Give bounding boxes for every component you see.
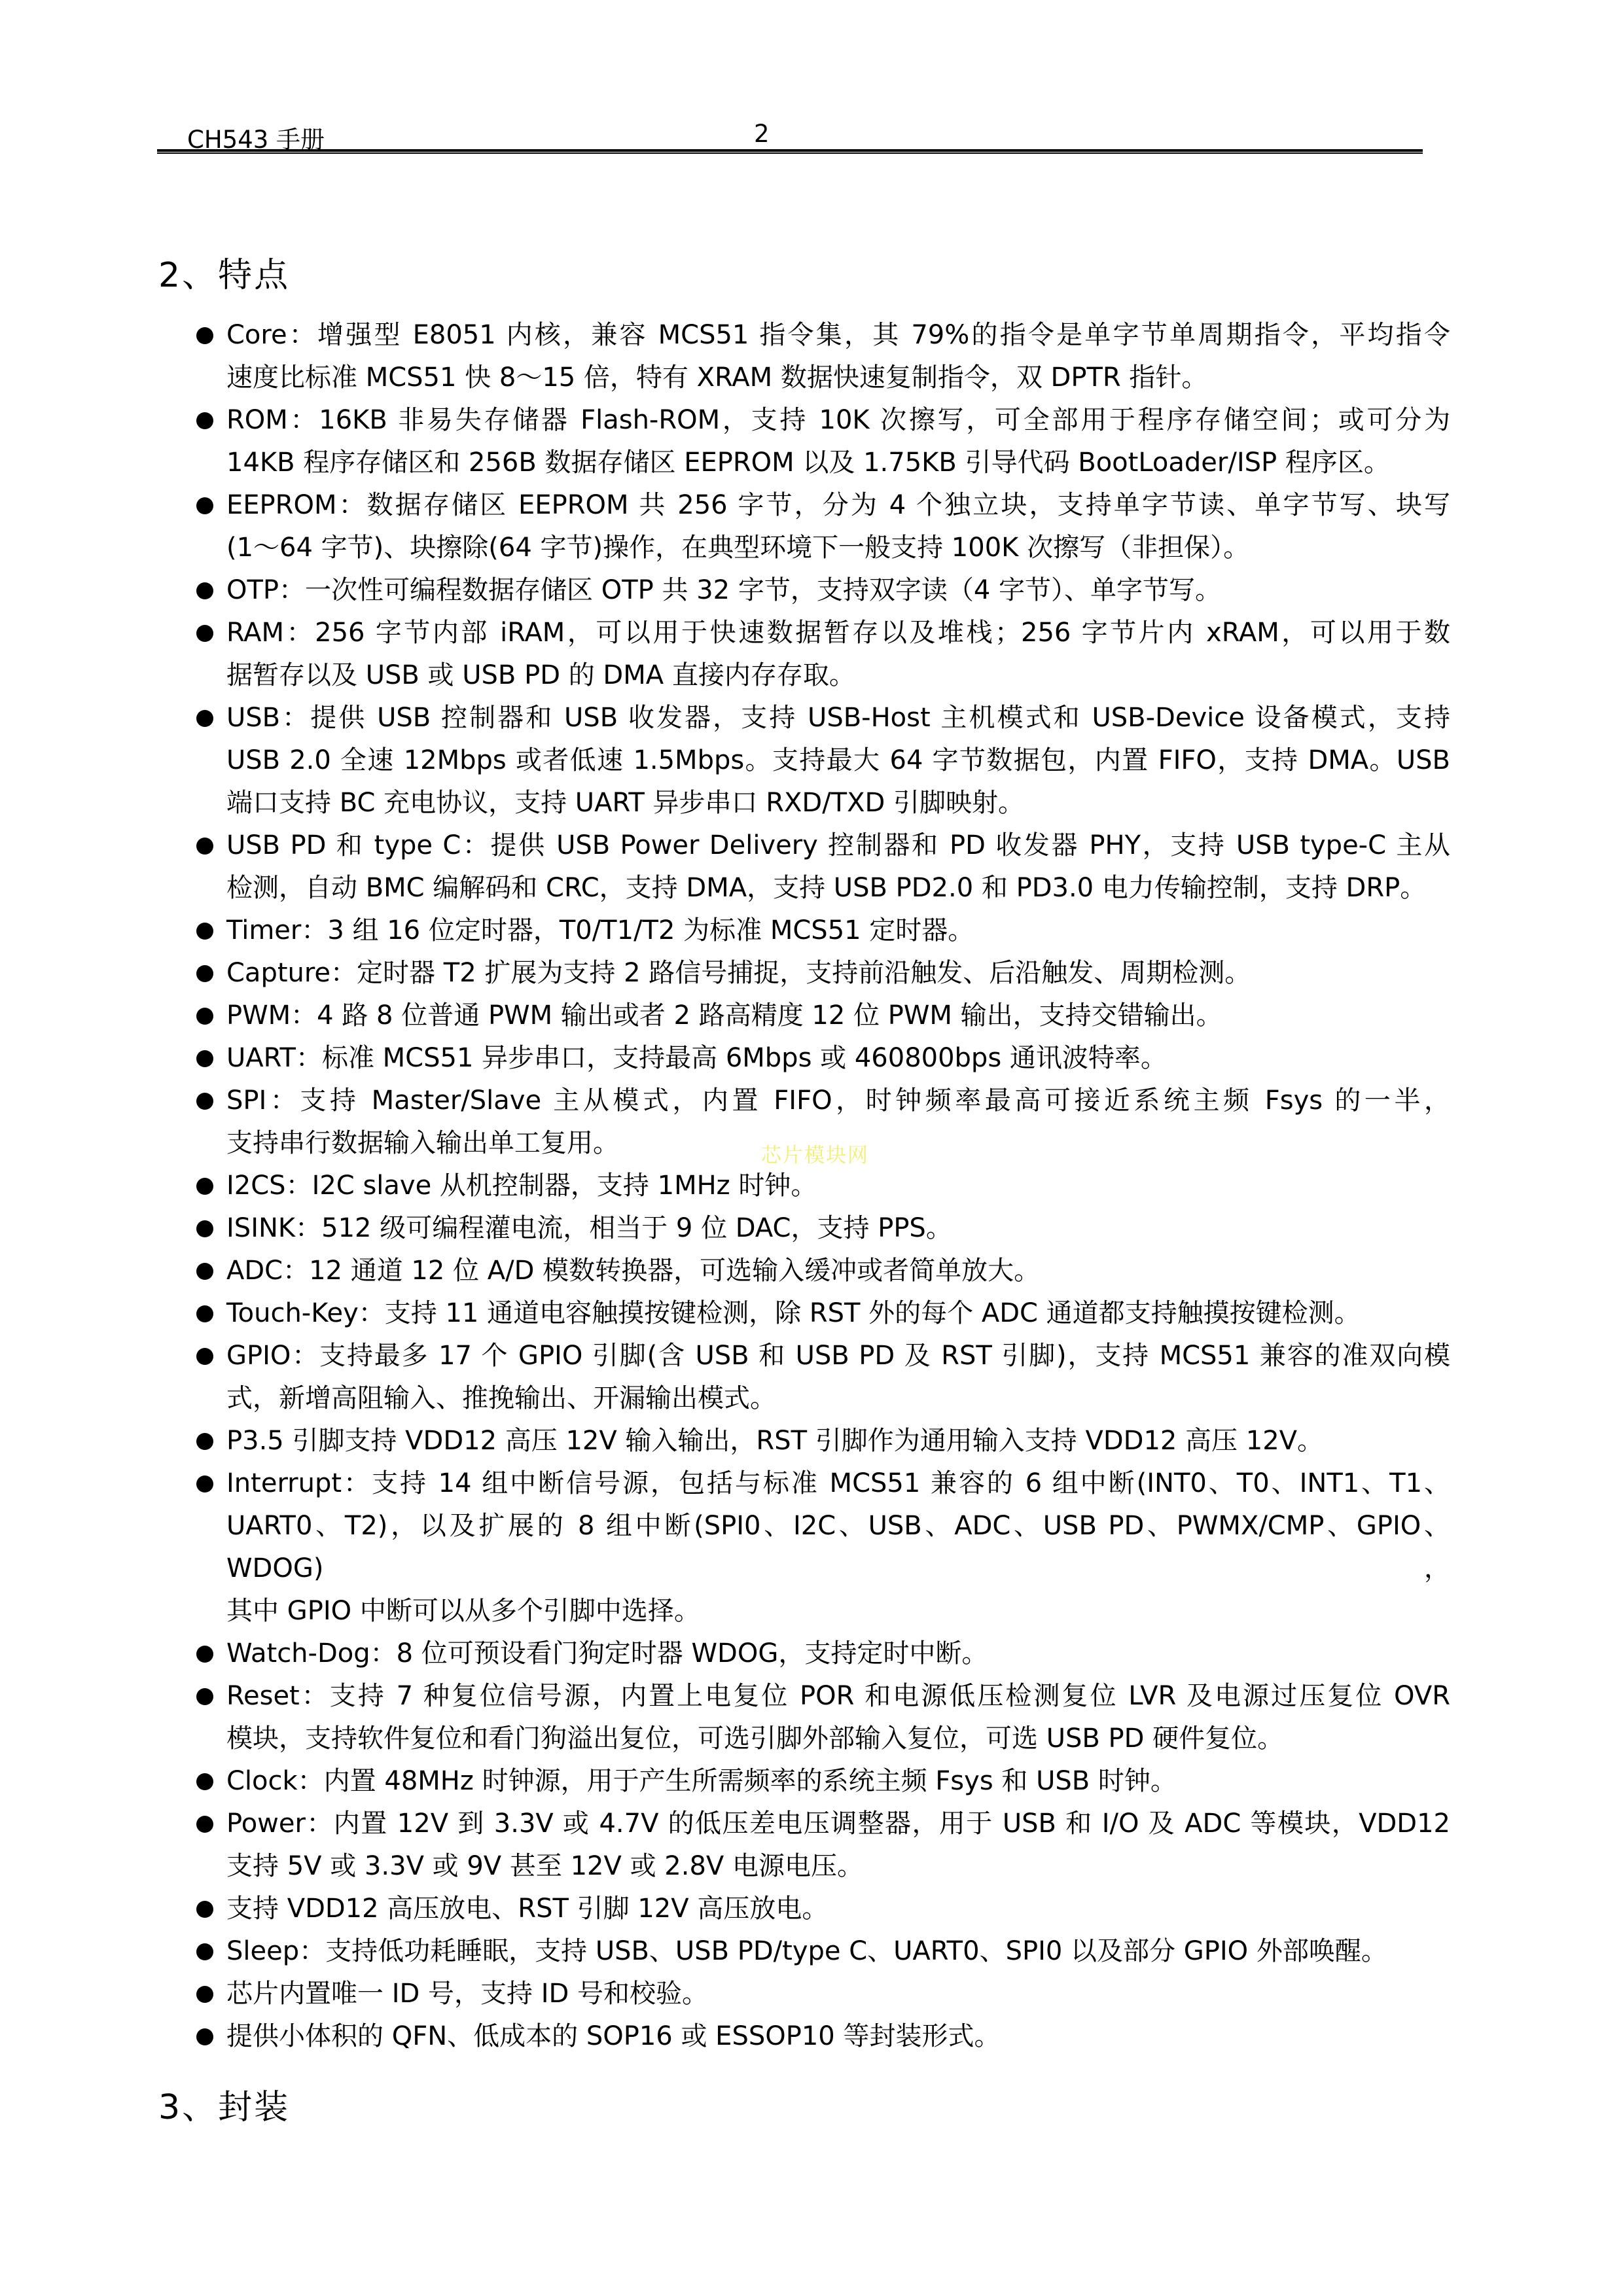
- feature-line: UART：标准 MCS51 异步串口，支持最高 6Mbps 或 460800bp…: [226, 1037, 1450, 1080]
- feature-line: UART0、T2)，以及扩展的 8 组中断(SPI0、I2C、USB、ADC、U…: [226, 1505, 1450, 1590]
- bullet-icon: [196, 1305, 213, 1322]
- feature-text: Touch-Key：支持 11 通道电容触摸按键检测，除 RST 外的每个 AD…: [226, 1292, 1450, 1335]
- package-section-heading: 3、封装: [158, 2079, 290, 2128]
- bullet-icon: [196, 1433, 213, 1450]
- feature-text: ROM：16KB 非易失存储器 Flash-ROM，支持 10K 次擦写，可全部…: [226, 399, 1450, 484]
- feature-text: USB：提供 USB 控制器和 USB 收发器，支持 USB-Host 主机模式…: [226, 697, 1450, 824]
- feature-text: Capture：定时器 T2 扩展为支持 2 路信号捕捉，支持前沿触发、后沿触发…: [226, 952, 1450, 995]
- bullet-icon: [196, 1816, 213, 1833]
- feature-text: Core：增强型 E8051 内核，兼容 MCS51 指令集，其 79%的指令是…: [226, 314, 1450, 399]
- feature-text: Clock：内置 48MHz 时钟源，用于产生所需频率的系统主频 Fsys 和 …: [226, 1760, 1450, 1803]
- feature-item: Watch-Dog：8 位可预设看门狗定时器 WDOG，支持定时中断。: [196, 1633, 1450, 1675]
- bullet-icon: [196, 965, 213, 982]
- bullet-icon: [196, 1688, 213, 1705]
- feature-line: OTP：一次性可编程数据存储区 OTP 共 32 字节，支持双字读（4 字节）、…: [226, 569, 1450, 612]
- feature-line: 其中 GPIO 中断可以从多个引脚中选择。: [226, 1590, 1450, 1633]
- feature-text: I2CS：I2C slave 从机控制器，支持 1MHz 时钟。: [226, 1165, 1450, 1207]
- feature-item: 提供小体积的 QFN、低成本的 SOP16 或 ESSOP10 等封装形式。: [196, 2015, 1450, 2058]
- feature-line: 检测，自动 BMC 编解码和 CRC，支持 DMA，支持 USB PD2.0 和…: [226, 867, 1450, 910]
- header-divider: [157, 149, 1423, 154]
- bullet-icon: [196, 838, 213, 855]
- feature-text: 支持 VDD12 高压放电、RST 引脚 12V 高压放电。: [226, 1888, 1450, 1930]
- feature-item: Touch-Key：支持 11 通道电容触摸按键检测，除 RST 外的每个 AD…: [196, 1292, 1450, 1335]
- feature-item: UART：标准 MCS51 异步串口，支持最高 6Mbps 或 460800bp…: [196, 1037, 1450, 1080]
- feature-text: UART：标准 MCS51 异步串口，支持最高 6Mbps 或 460800bp…: [226, 1037, 1450, 1080]
- feature-line: Core：增强型 E8051 内核，兼容 MCS51 指令集，其 79%的指令是…: [226, 314, 1450, 357]
- feature-item: Reset：支持 7 种复位信号源，内置上电复位 POR 和电源低压检测复位 L…: [196, 1675, 1450, 1760]
- feature-text: Reset：支持 7 种复位信号源，内置上电复位 POR 和电源低压检测复位 L…: [226, 1675, 1450, 1760]
- feature-text: Sleep：支持低功耗睡眠，支持 USB、USB PD/type C、UART0…: [226, 1930, 1450, 1973]
- feature-line: Clock：内置 48MHz 时钟源，用于产生所需频率的系统主频 Fsys 和 …: [226, 1760, 1450, 1803]
- bullet-icon: [196, 1348, 213, 1365]
- feature-line: 速度比标准 MCS51 快 8～15 倍，特有 XRAM 数据快速复制指令，双 …: [226, 357, 1450, 399]
- features-list: Core：增强型 E8051 内核，兼容 MCS51 指令集，其 79%的指令是…: [196, 314, 1450, 2058]
- feature-item: ROM：16KB 非易失存储器 Flash-ROM，支持 10K 次擦写，可全部…: [196, 399, 1450, 484]
- bullet-icon: [196, 2028, 213, 2045]
- feature-line: 14KB 程序存储区和 256B 数据存储区 EEPROM 以及 1.75KB …: [226, 442, 1450, 484]
- feature-line: SPI：支持 Master/Slave 主从模式，内置 FIFO，时钟频率最高可…: [226, 1080, 1450, 1122]
- bullet-icon: [196, 923, 213, 940]
- feature-line: 端口支持 BC 充电协议，支持 UART 异步串口 RXD/TXD 引脚映射。: [226, 782, 1450, 824]
- feature-line: 支持 VDD12 高压放电、RST 引脚 12V 高压放电。: [226, 1888, 1450, 1930]
- feature-line: Power：内置 12V 到 3.3V 或 4.7V 的低压差电压调整器，用于 …: [226, 1803, 1450, 1845]
- feature-text: 芯片内置唯一 ID 号，支持 ID 号和校验。: [226, 1973, 1450, 2015]
- feature-text: P3.5 引脚支持 VDD12 高压 12V 输入输出，RST 引脚作为通用输入…: [226, 1420, 1450, 1462]
- feature-text: Watch-Dog：8 位可预设看门狗定时器 WDOG，支持定时中断。: [226, 1633, 1450, 1675]
- feature-line: EEPROM：数据存储区 EEPROM 共 256 字节，分为 4 个独立块，支…: [226, 484, 1450, 527]
- bullet-icon: [196, 327, 213, 344]
- feature-line: Touch-Key：支持 11 通道电容触摸按键检测，除 RST 外的每个 AD…: [226, 1292, 1450, 1335]
- feature-text: OTP：一次性可编程数据存储区 OTP 共 32 字节，支持双字读（4 字节）、…: [226, 569, 1450, 612]
- feature-line: Timer：3 组 16 位定时器，T0/T1/T2 为标准 MCS51 定时器…: [226, 910, 1450, 952]
- feature-item: Interrupt：支持 14 组中断信号源，包括与标准 MCS51 兼容的 6…: [196, 1462, 1450, 1633]
- bullet-icon: [196, 1263, 213, 1280]
- bullet-icon: [196, 1008, 213, 1025]
- feature-item: USB：提供 USB 控制器和 USB 收发器，支持 USB-Host 主机模式…: [196, 697, 1450, 824]
- bullet-icon: [196, 625, 213, 642]
- feature-item: Clock：内置 48MHz 时钟源，用于产生所需频率的系统主频 Fsys 和 …: [196, 1760, 1450, 1803]
- bullet-icon: [196, 710, 213, 727]
- feature-line: RAM：256 字节内部 iRAM，可以用于快速数据暂存以及堆栈；256 字节片…: [226, 612, 1450, 654]
- feature-item: PWM：4 路 8 位普通 PWM 输出或者 2 路高精度 12 位 PWM 输…: [196, 995, 1450, 1037]
- feature-item: 芯片内置唯一 ID 号，支持 ID 号和校验。: [196, 1973, 1450, 2015]
- bullet-icon: [196, 1646, 213, 1663]
- feature-item: RAM：256 字节内部 iRAM，可以用于快速数据暂存以及堆栈；256 字节片…: [196, 612, 1450, 697]
- bullet-icon: [196, 1773, 213, 1790]
- bullet-icon: [196, 582, 213, 599]
- bullet-icon: [196, 1178, 213, 1195]
- feature-item: ISINK：512 级可编程灌电流，相当于 9 位 DAC，支持 PPS。: [196, 1207, 1450, 1250]
- feature-line: (1～64 字节)、块擦除(64 字节)操作，在典型环境下一般支持 100K 次…: [226, 527, 1450, 569]
- bullet-icon: [196, 1050, 213, 1067]
- feature-line: Capture：定时器 T2 扩展为支持 2 路信号捕捉，支持前沿触发、后沿触发…: [226, 952, 1450, 995]
- feature-line: GPIO：支持最多 17 个 GPIO 引脚(含 USB 和 USB PD 及 …: [226, 1335, 1450, 1377]
- bullet-icon: [196, 1901, 213, 1918]
- bullet-icon: [196, 1943, 213, 1960]
- features-section-heading: 2、特点: [158, 247, 290, 296]
- bullet-icon: [196, 412, 213, 429]
- feature-line: Interrupt：支持 14 组中断信号源，包括与标准 MCS51 兼容的 6…: [226, 1462, 1450, 1505]
- feature-text: EEPROM：数据存储区 EEPROM 共 256 字节，分为 4 个独立块，支…: [226, 484, 1450, 569]
- feature-item: GPIO：支持最多 17 个 GPIO 引脚(含 USB 和 USB PD 及 …: [196, 1335, 1450, 1420]
- feature-item: Core：增强型 E8051 内核，兼容 MCS51 指令集，其 79%的指令是…: [196, 314, 1450, 399]
- feature-item: USB PD 和 type C：提供 USB Power Delivery 控制…: [196, 824, 1450, 910]
- feature-text: Timer：3 组 16 位定时器，T0/T1/T2 为标准 MCS51 定时器…: [226, 910, 1450, 952]
- feature-line: USB PD 和 type C：提供 USB Power Delivery 控制…: [226, 824, 1450, 867]
- feature-line: 支持 5V 或 3.3V 或 9V 甚至 12V 或 2.8V 电源电压。: [226, 1845, 1450, 1888]
- feature-line: ADC：12 通道 12 位 A/D 模数转换器，可选输入缓冲或者简单放大。: [226, 1250, 1450, 1292]
- feature-line: 模块，支持软件复位和看门狗溢出复位，可选引脚外部输入复位，可选 USB PD 硬…: [226, 1718, 1450, 1760]
- feature-line: USB：提供 USB 控制器和 USB 收发器，支持 USB-Host 主机模式…: [226, 697, 1450, 739]
- feature-line: 式，新增高阻输入、推挽输出、开漏输出模式。: [226, 1377, 1450, 1420]
- feature-item: ADC：12 通道 12 位 A/D 模数转换器，可选输入缓冲或者简单放大。: [196, 1250, 1450, 1292]
- feature-line: Sleep：支持低功耗睡眠，支持 USB、USB PD/type C、UART0…: [226, 1930, 1450, 1973]
- feature-item: Sleep：支持低功耗睡眠，支持 USB、USB PD/type C、UART0…: [196, 1930, 1450, 1973]
- feature-text: ADC：12 通道 12 位 A/D 模数转换器，可选输入缓冲或者简单放大。: [226, 1250, 1450, 1292]
- feature-text: ISINK：512 级可编程灌电流，相当于 9 位 DAC，支持 PPS。: [226, 1207, 1450, 1250]
- feature-item: Timer：3 组 16 位定时器，T0/T1/T2 为标准 MCS51 定时器…: [196, 910, 1450, 952]
- page-number: 2: [754, 120, 770, 148]
- feature-item: EEPROM：数据存储区 EEPROM 共 256 字节，分为 4 个独立块，支…: [196, 484, 1450, 569]
- watermark: 芯片模块网: [761, 1139, 869, 1168]
- feature-text: RAM：256 字节内部 iRAM，可以用于快速数据暂存以及堆栈；256 字节片…: [226, 612, 1450, 697]
- feature-text: Interrupt：支持 14 组中断信号源，包括与标准 MCS51 兼容的 6…: [226, 1462, 1450, 1633]
- bullet-icon: [196, 1986, 213, 2003]
- feature-line: 提供小体积的 QFN、低成本的 SOP16 或 ESSOP10 等封装形式。: [226, 2015, 1450, 2058]
- feature-line: ROM：16KB 非易失存储器 Flash-ROM，支持 10K 次擦写，可全部…: [226, 399, 1450, 442]
- feature-line: 据暂存以及 USB 或 USB PD 的 DMA 直接内存存取。: [226, 654, 1450, 697]
- feature-text: GPIO：支持最多 17 个 GPIO 引脚(含 USB 和 USB PD 及 …: [226, 1335, 1450, 1420]
- document-page: CH543 手册 2 2、特点 Core：增强型 E8051 内核，兼容 MCS…: [0, 0, 1623, 2296]
- feature-line: USB 2.0 全速 12Mbps 或者低速 1.5Mbps。支持最大 64 字…: [226, 739, 1450, 782]
- feature-item: Capture：定时器 T2 扩展为支持 2 路信号捕捉，支持前沿触发、后沿触发…: [196, 952, 1450, 995]
- feature-line: ISINK：512 级可编程灌电流，相当于 9 位 DAC，支持 PPS。: [226, 1207, 1450, 1250]
- feature-item: I2CS：I2C slave 从机控制器，支持 1MHz 时钟。: [196, 1165, 1450, 1207]
- bullet-icon: [196, 1093, 213, 1110]
- feature-text: Power：内置 12V 到 3.3V 或 4.7V 的低压差电压调整器，用于 …: [226, 1803, 1450, 1888]
- feature-text: USB PD 和 type C：提供 USB Power Delivery 控制…: [226, 824, 1450, 910]
- bullet-icon: [196, 497, 213, 514]
- feature-item: 支持 VDD12 高压放电、RST 引脚 12V 高压放电。: [196, 1888, 1450, 1930]
- feature-line: Watch-Dog：8 位可预设看门狗定时器 WDOG，支持定时中断。: [226, 1633, 1450, 1675]
- feature-line: I2CS：I2C slave 从机控制器，支持 1MHz 时钟。: [226, 1165, 1450, 1207]
- feature-text: PWM：4 路 8 位普通 PWM 输出或者 2 路高精度 12 位 PWM 输…: [226, 995, 1450, 1037]
- bullet-icon: [196, 1475, 213, 1492]
- feature-item: P3.5 引脚支持 VDD12 高压 12V 输入输出，RST 引脚作为通用输入…: [196, 1420, 1450, 1462]
- feature-item: OTP：一次性可编程数据存储区 OTP 共 32 字节，支持双字读（4 字节）、…: [196, 569, 1450, 612]
- feature-line: Reset：支持 7 种复位信号源，内置上电复位 POR 和电源低压检测复位 L…: [226, 1675, 1450, 1718]
- feature-line: 芯片内置唯一 ID 号，支持 ID 号和校验。: [226, 1973, 1450, 2015]
- bullet-icon: [196, 1220, 213, 1237]
- feature-line: PWM：4 路 8 位普通 PWM 输出或者 2 路高精度 12 位 PWM 输…: [226, 995, 1450, 1037]
- feature-item: Power：内置 12V 到 3.3V 或 4.7V 的低压差电压调整器，用于 …: [196, 1803, 1450, 1888]
- feature-text: 提供小体积的 QFN、低成本的 SOP16 或 ESSOP10 等封装形式。: [226, 2015, 1450, 2058]
- feature-line: P3.5 引脚支持 VDD12 高压 12V 输入输出，RST 引脚作为通用输入…: [226, 1420, 1450, 1462]
